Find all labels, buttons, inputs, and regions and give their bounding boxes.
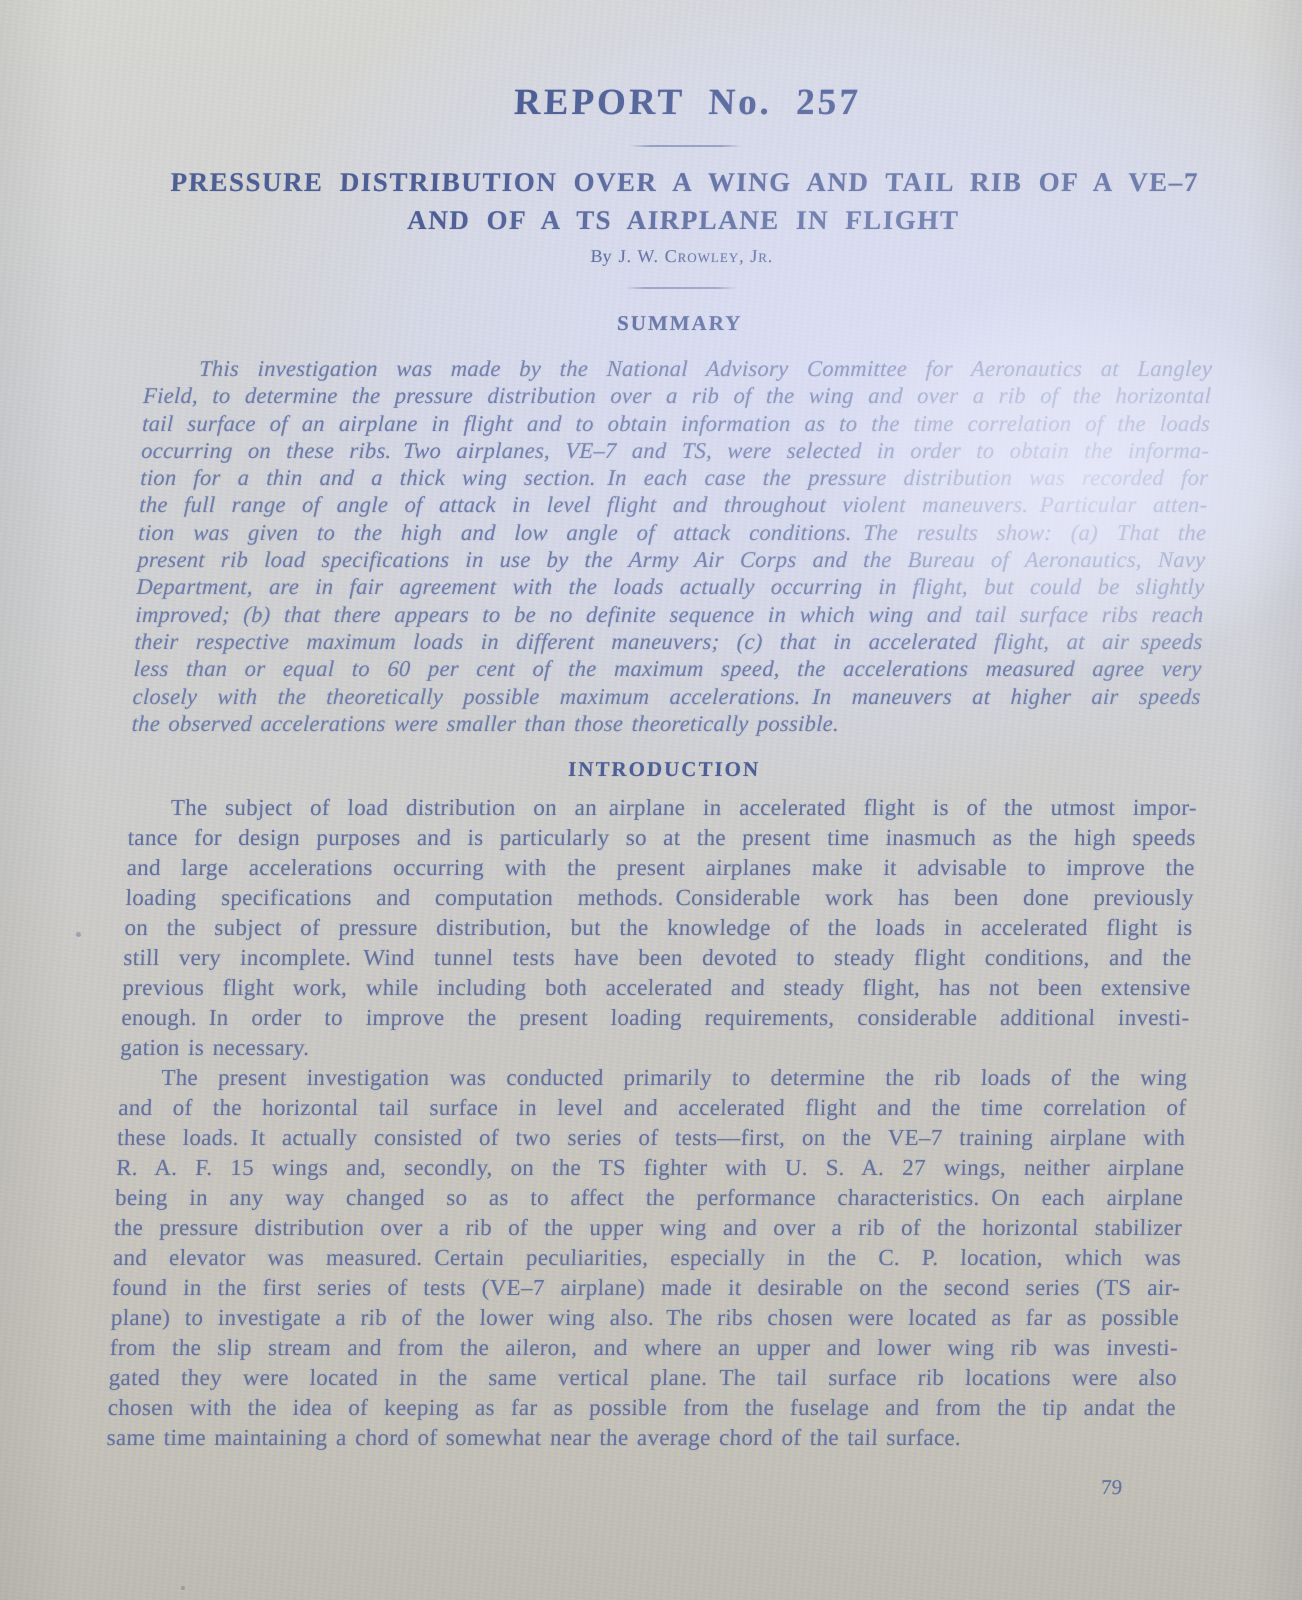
text-line: the observed accelerations were smaller … [131, 710, 1200, 737]
text-line: gation is necessary. [120, 1033, 1189, 1063]
text-line: and elevator was measured. Certain pecul… [113, 1243, 1182, 1273]
introduction-paragraph-2: The present investigation was conducted … [106, 1063, 1188, 1453]
text-line: loading specifications and computation m… [125, 883, 1194, 913]
text-line: and large accelerations occurring with t… [126, 853, 1195, 883]
text-line: from the slip stream and from the ailero… [109, 1333, 1178, 1363]
introduction-paragraph-1: The subject of load distribution on an a… [120, 793, 1197, 1063]
text-line: less than or equal to 60 per cent of the… [133, 655, 1202, 682]
text-line: previous flight work, while including bo… [122, 973, 1191, 1003]
text-line: tail surface of an airplane in flight an… [142, 410, 1211, 437]
text-line: Field, to determine the pressure distrib… [143, 382, 1212, 409]
text-line: gated they were located in the same vert… [108, 1363, 1177, 1393]
text-line: occurring on these ribs. Two airplanes, … [141, 437, 1210, 464]
text-line: Department, are in fair agreement with t… [136, 573, 1205, 600]
page-content: REPORT No. 257 PRESSURE DISTRIBUTION OVE… [0, 0, 1302, 1600]
report-title: PRESSURE DISTRIBUTION OVER A WING AND TA… [149, 163, 1220, 239]
text-line: PRESSURE DISTRIBUTION OVER A WING AND TA… [150, 163, 1219, 201]
summary-paragraph: This investigation was made by the Natio… [131, 355, 1212, 737]
text-line: the pressure distribution over a rib of … [114, 1213, 1183, 1243]
text-line: R. A. F. 15 wings and, secondly, on the … [116, 1153, 1185, 1183]
text-line: enough. In order to improve the present … [121, 1003, 1190, 1033]
text-line: The subject of load distribution on an a… [128, 793, 1197, 823]
text-line: being in any way changed so as to affect… [115, 1183, 1184, 1213]
text-line: The present investigation was conducted … [119, 1063, 1188, 1093]
page-number: 79 [105, 1475, 1174, 1499]
rule-under-report-number [630, 145, 742, 147]
text-line: on the subject of pressure distribution,… [124, 913, 1193, 943]
byline-author: J. W. Crowley, Jr. [618, 246, 774, 266]
text-line: these loads. It actually consisted of tw… [117, 1123, 1186, 1153]
rule-under-byline [625, 287, 737, 289]
text-line: tion for a thin and a thick wing section… [140, 464, 1209, 491]
text-line: present rib load specifications in use b… [137, 546, 1206, 573]
text-line: tion was given to the high and low angle… [138, 519, 1207, 546]
text-line: closely with the theoretically possible … [132, 683, 1201, 710]
text-line: found in the first series of tests (VE–7… [111, 1273, 1180, 1303]
text-line: AND OF A TS AIRPLANE IN FLIGHT [149, 201, 1218, 239]
text-line: chosen with the idea of keeping as far a… [107, 1393, 1176, 1423]
introduction-heading: INTRODUCTION [130, 757, 1199, 781]
scanned-page-photo: REPORT No. 257 PRESSURE DISTRIBUTION OVE… [0, 0, 1302, 1600]
text-line: same time maintaining a chord of somewha… [106, 1423, 1175, 1453]
text-line: tance for design purposes and is particu… [127, 823, 1196, 853]
text-line: their respective maximum loads in differ… [134, 628, 1203, 655]
summary-heading: SUMMARY [145, 311, 1214, 335]
text-line: improved; (b) that there appears to be n… [135, 601, 1204, 628]
text-line: still very incomplete. Wind tunnel tests… [123, 943, 1192, 973]
text-line: This investigation was made by the Natio… [144, 355, 1213, 382]
byline: ByJ. W. Crowley, Jr. [148, 245, 1217, 267]
text-line: plane) to investigate a rib of the lower… [110, 1303, 1179, 1333]
report-number: REPORT No. 257 [153, 85, 1222, 121]
text-column: REPORT No. 257 PRESSURE DISTRIBUTION OVE… [105, 0, 1225, 1499]
text-line: the full range of angle of attack in lev… [139, 491, 1208, 518]
text-line: and of the horizontal tail surface in le… [118, 1093, 1187, 1123]
byline-by-label: By [590, 246, 612, 266]
